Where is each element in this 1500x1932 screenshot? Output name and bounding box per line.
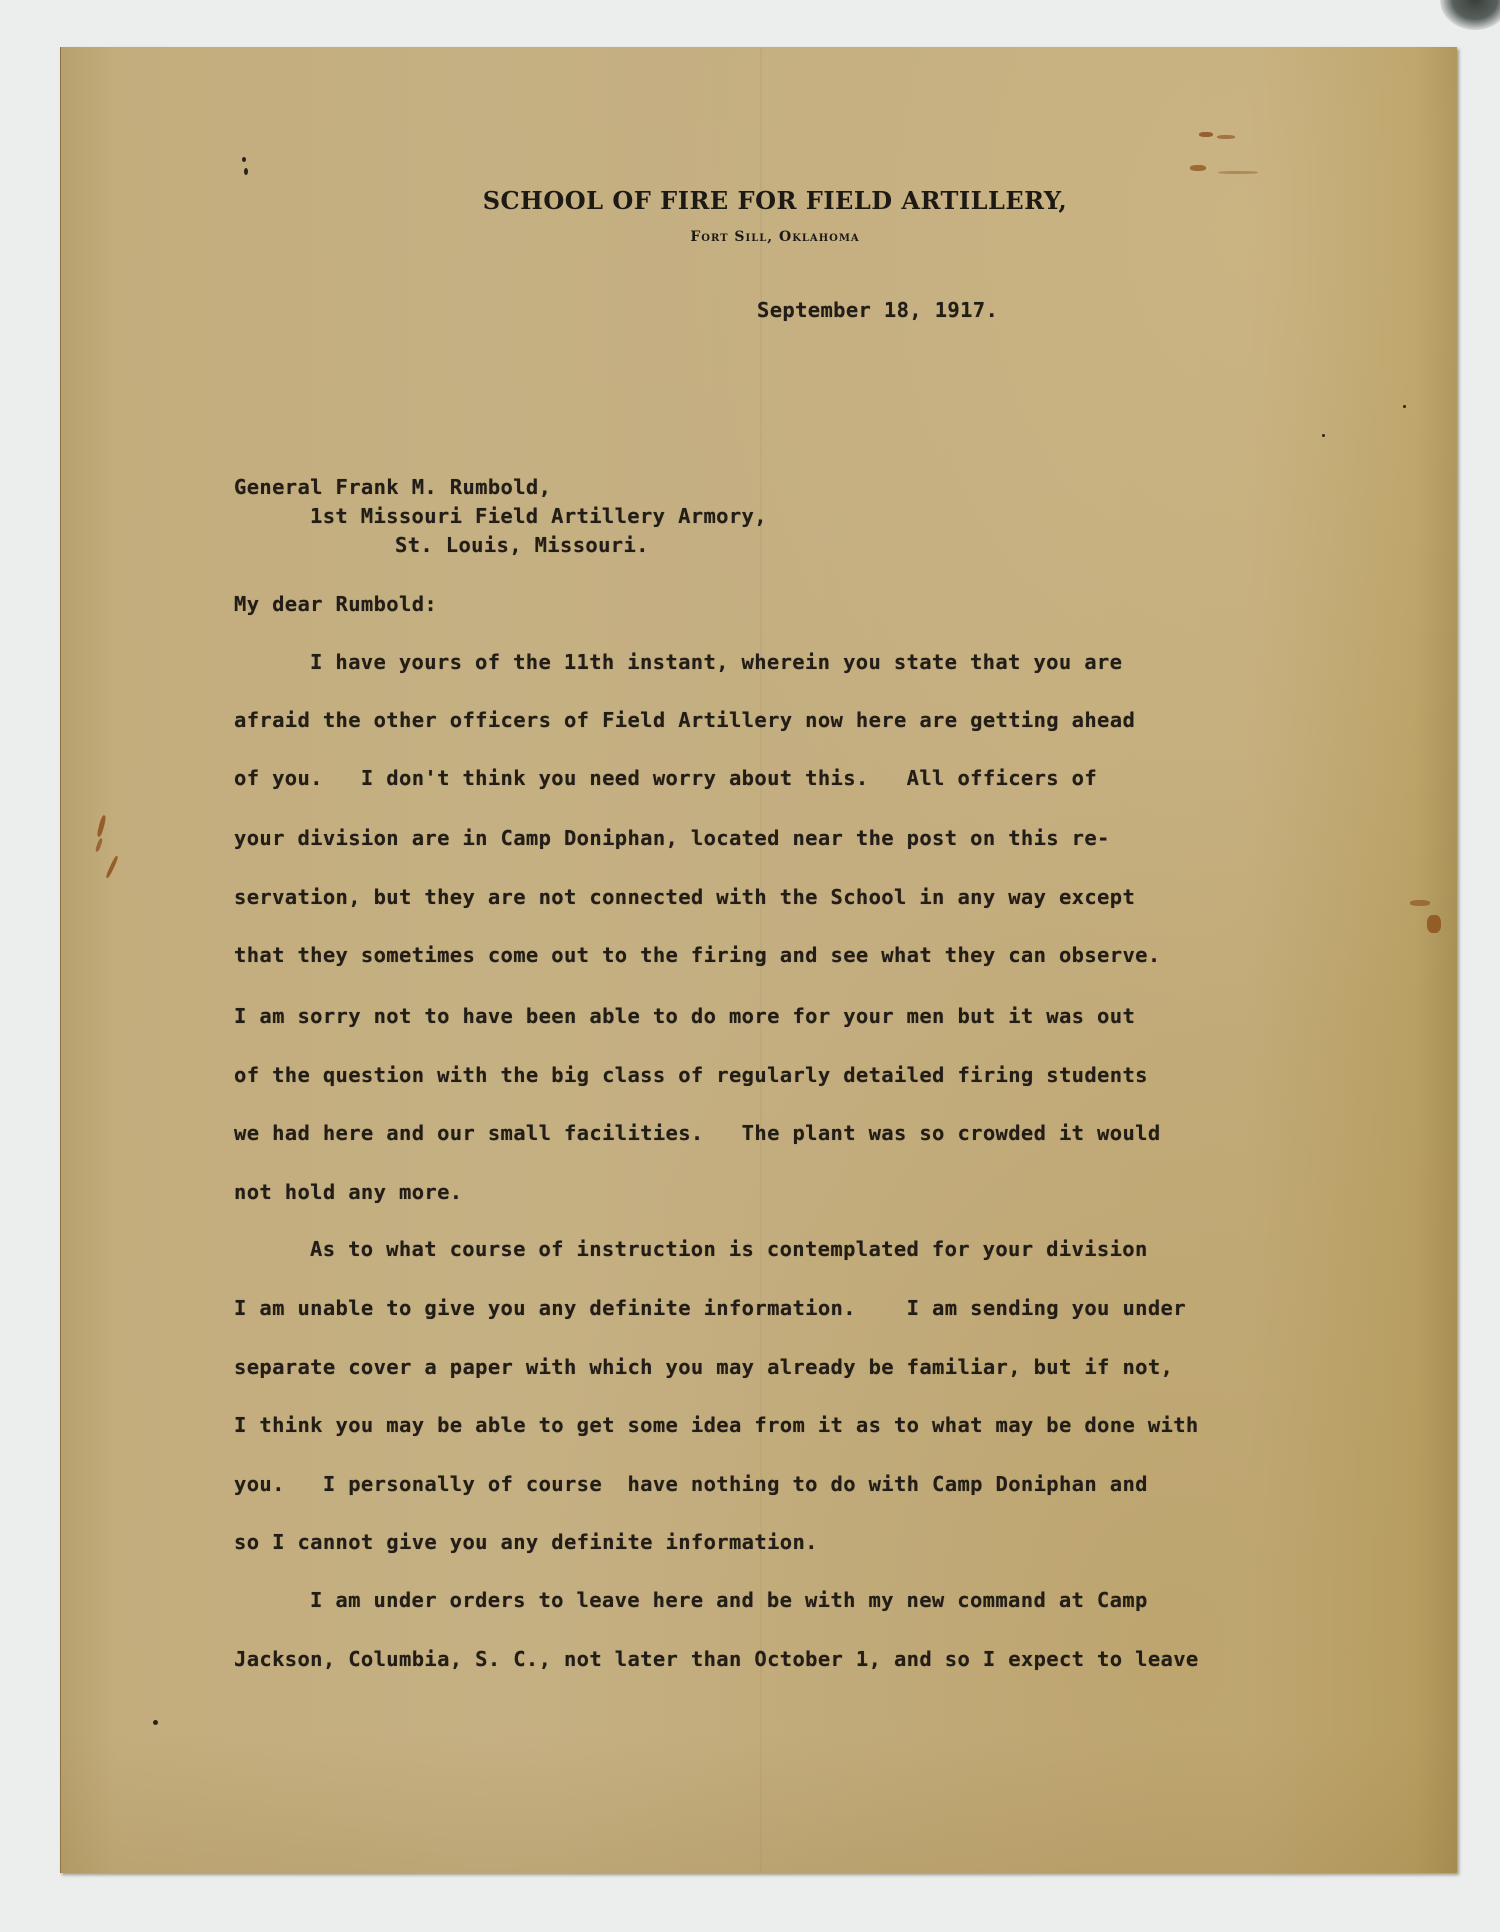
ink-speck (153, 1720, 158, 1725)
body-line: that they sometimes come out to the firi… (234, 943, 1161, 967)
body-line: I think you may be able to get some idea… (234, 1413, 1199, 1437)
body-line: of the question with the big class of re… (234, 1063, 1148, 1087)
body-line: we had here and our small facilities. Th… (234, 1121, 1161, 1145)
body-line: I am sorry not to have been able to do m… (234, 1004, 1135, 1028)
recipient-address-line-1: 1st Missouri Field Artillery Armory, (310, 504, 767, 528)
body-line: separate cover a paper with which you ma… (234, 1355, 1173, 1379)
rust-stain-top-right (1199, 132, 1213, 137)
ink-speck (242, 157, 246, 162)
letter-date: September 18, 1917. (757, 298, 998, 322)
salutation: My dear Rumbold: (234, 592, 437, 616)
rust-stain-right-margin (1410, 900, 1430, 906)
rust-stain-top-right (1218, 171, 1258, 174)
ink-speck (1322, 434, 1325, 437)
body-line: so I cannot give you any definite inform… (234, 1530, 818, 1554)
ink-speck (1403, 405, 1406, 408)
body-line: I have yours of the 11th instant, wherei… (310, 650, 1122, 674)
body-line: As to what course of instruction is cont… (310, 1237, 1148, 1261)
letterhead-title: SCHOOL OF FIRE FOR FIELD ARTILLERY, (410, 186, 1140, 215)
body-line: I am unable to give you any definite inf… (234, 1296, 1186, 1320)
rust-stain-right-margin (1427, 915, 1441, 933)
rust-stain-top-right (1217, 135, 1235, 139)
recipient-name: General Frank M. Rumbold, (234, 475, 551, 499)
body-line: you. I personally of course have nothing… (234, 1472, 1148, 1496)
body-line: your division are in Camp Doniphan, loca… (234, 826, 1110, 850)
letterhead-location: Fort Sill, Oklahoma (625, 229, 925, 245)
body-line: I am under orders to leave here and be w… (310, 1588, 1148, 1612)
body-line: Jackson, Columbia, S. C., not later than… (234, 1647, 1199, 1671)
body-line: not hold any more. (234, 1180, 462, 1204)
ink-speck (244, 168, 248, 175)
recipient-address-line-2: St. Louis, Missouri. (395, 533, 649, 557)
body-line: of you. I don't think you need worry abo… (234, 766, 1097, 790)
rust-stain-top-right (1190, 165, 1206, 171)
body-line: afraid the other officers of Field Artil… (234, 708, 1135, 732)
body-line: servation, but they are not connected wi… (234, 885, 1135, 909)
corner-shadow (1440, 0, 1500, 30)
